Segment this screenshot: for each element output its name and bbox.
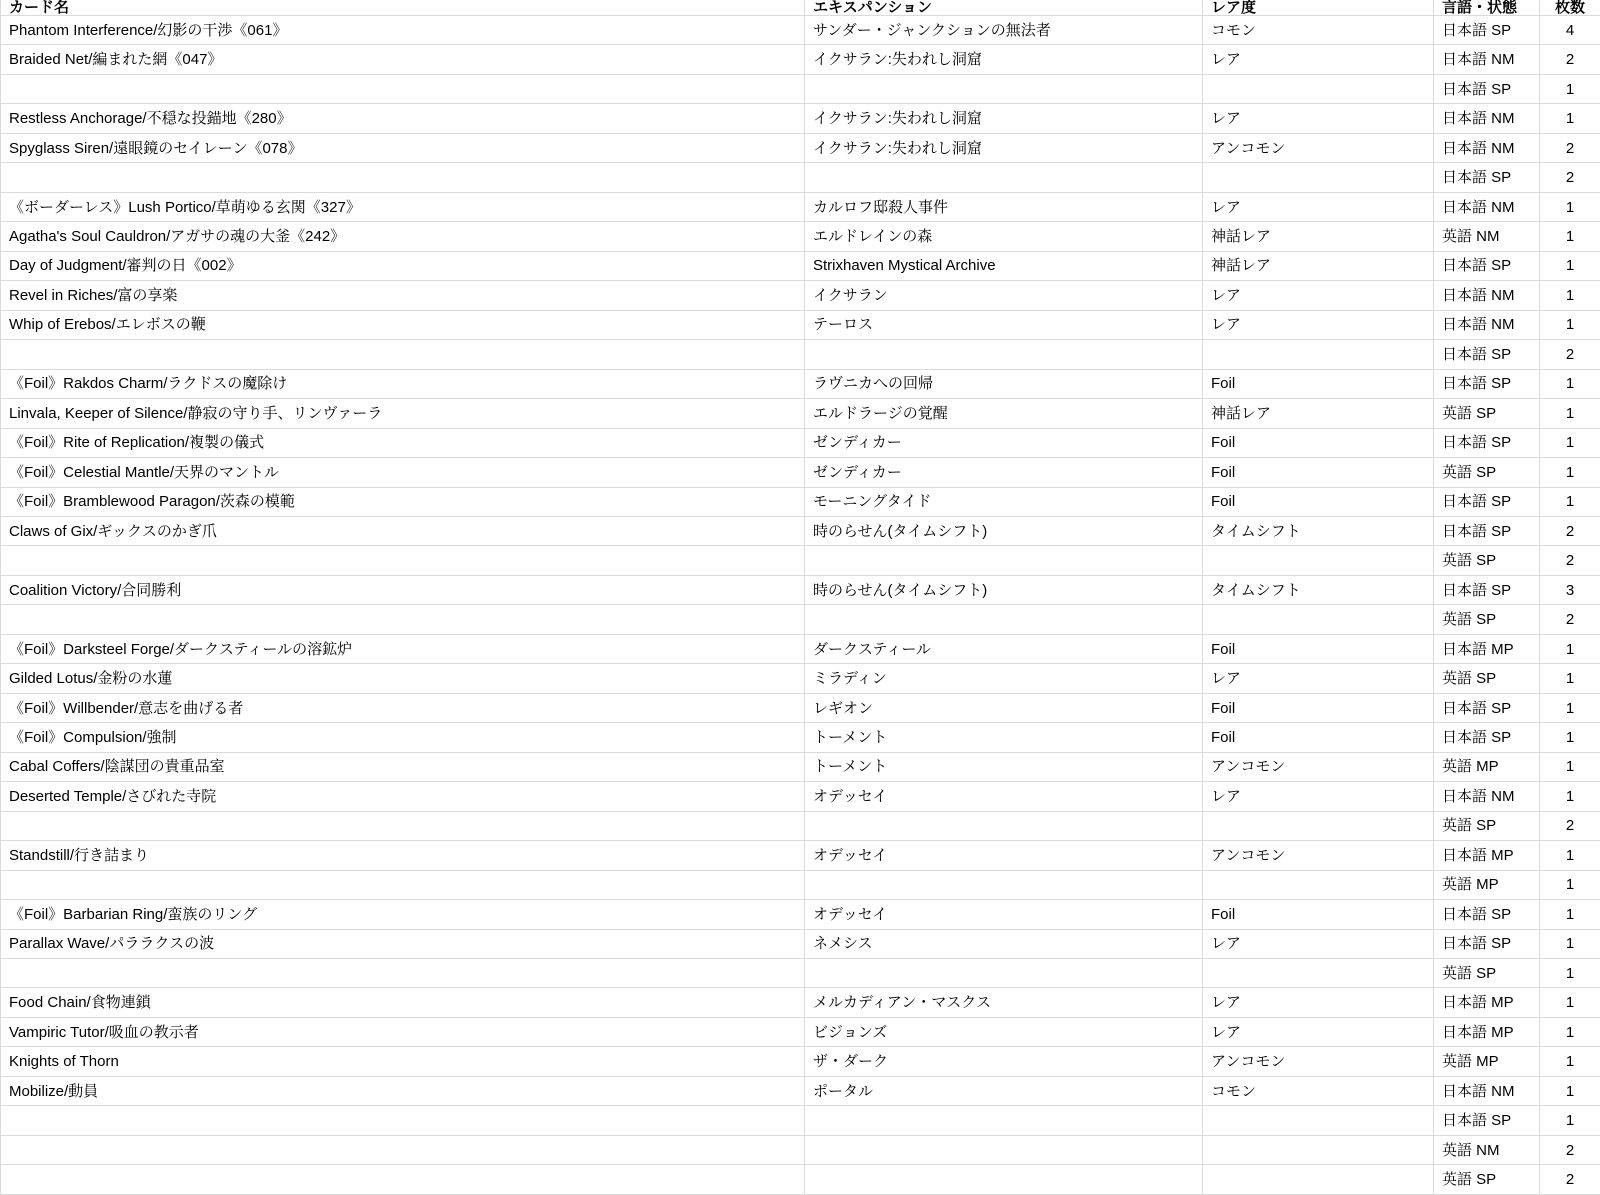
table-row: Day of Judgment/審判の日《002》Strixhaven Myst… bbox=[1, 251, 1600, 280]
cell-rarity: レア bbox=[1203, 281, 1434, 310]
cell-expansion bbox=[805, 546, 1203, 575]
cell-expansion: 時のらせん(タイムシフト) bbox=[805, 575, 1203, 604]
cell-qty: 1 bbox=[1540, 1106, 1600, 1135]
cell-lang: 日本語 NM bbox=[1434, 1076, 1540, 1105]
cell-lang: 英語 NM bbox=[1434, 1135, 1540, 1164]
table-header: カード名 エキスパンション レア度 言語・状態 枚数 bbox=[1, 0, 1600, 16]
cell-rarity: Foil bbox=[1203, 634, 1434, 663]
cell-qty: 1 bbox=[1540, 192, 1600, 221]
cell-lang: 英語 MP bbox=[1434, 870, 1540, 899]
table-row: 《Foil》Barbarian Ring/蛮族のリングオデッセイFoil日本語 … bbox=[1, 900, 1600, 929]
table-row: 《Foil》Willbender/意志を曲げる者レギオンFoil日本語 SP1 bbox=[1, 693, 1600, 722]
cell-qty: 1 bbox=[1540, 782, 1600, 811]
cell-expansion: ゼンディカー bbox=[805, 458, 1203, 487]
cell-lang: 日本語 SP bbox=[1434, 575, 1540, 604]
table-row: 日本語 SP1 bbox=[1, 74, 1600, 103]
table-row: Agatha's Soul Cauldron/アガサの魂の大釜《242》エルドレ… bbox=[1, 222, 1600, 251]
cell-rarity: レア bbox=[1203, 1017, 1434, 1046]
table-row: Standstill/行き詰まりオデッセイアンコモン日本語 MP1 bbox=[1, 841, 1600, 870]
cell-lang: 日本語 SP bbox=[1434, 693, 1540, 722]
cell-name: Spyglass Siren/遠眼鏡のセイレーン《078》 bbox=[1, 133, 805, 162]
cell-qty: 2 bbox=[1540, 546, 1600, 575]
cell-lang: 日本語 SP bbox=[1434, 74, 1540, 103]
column-header-quantity: 枚数 bbox=[1540, 0, 1600, 16]
column-header-rarity: レア度 bbox=[1203, 0, 1434, 16]
column-header-language-condition: 言語・状態 bbox=[1434, 0, 1540, 16]
cell-qty: 2 bbox=[1540, 811, 1600, 840]
cell-rarity bbox=[1203, 1135, 1434, 1164]
cell-name bbox=[1, 74, 805, 103]
cell-rarity: タイムシフト bbox=[1203, 516, 1434, 545]
table-row: Revel in Riches/富の享楽イクサランレア日本語 NM1 bbox=[1, 281, 1600, 310]
cell-expansion: イクサラン:失われし洞窟 bbox=[805, 104, 1203, 133]
cell-qty: 1 bbox=[1540, 222, 1600, 251]
cell-expansion bbox=[805, 163, 1203, 192]
cell-lang: 英語 SP bbox=[1434, 399, 1540, 428]
cell-rarity: Foil bbox=[1203, 723, 1434, 752]
cell-qty: 2 bbox=[1540, 340, 1600, 369]
cell-name bbox=[1, 1165, 805, 1195]
cell-expansion: エルドラージの覚醒 bbox=[805, 399, 1203, 428]
cell-name: Parallax Wave/パララクスの波 bbox=[1, 929, 805, 958]
cell-qty: 2 bbox=[1540, 605, 1600, 634]
cell-name: Day of Judgment/審判の日《002》 bbox=[1, 251, 805, 280]
cell-rarity: レア bbox=[1203, 310, 1434, 339]
cell-rarity bbox=[1203, 74, 1434, 103]
cell-qty: 1 bbox=[1540, 988, 1600, 1017]
cell-name: Coalition Victory/合同勝利 bbox=[1, 575, 805, 604]
cell-expansion: オデッセイ bbox=[805, 841, 1203, 870]
cell-expansion: オデッセイ bbox=[805, 900, 1203, 929]
cell-lang: 日本語 SP bbox=[1434, 487, 1540, 516]
cell-lang: 英語 SP bbox=[1434, 664, 1540, 693]
cell-lang: 日本語 NM bbox=[1434, 133, 1540, 162]
table-body: Phantom Interference/幻影の干渉《061》サンダー・ジャンク… bbox=[1, 16, 1600, 1195]
cell-rarity: アンコモン bbox=[1203, 1047, 1434, 1076]
table-row: 英語 MP1 bbox=[1, 870, 1600, 899]
cell-expansion bbox=[805, 959, 1203, 988]
cell-lang: 日本語 SP bbox=[1434, 340, 1540, 369]
cell-rarity bbox=[1203, 546, 1434, 575]
cell-rarity: アンコモン bbox=[1203, 133, 1434, 162]
table-row: 《Foil》Celestial Mantle/天界のマントルゼンディカーFoil… bbox=[1, 458, 1600, 487]
header-row: カード名 エキスパンション レア度 言語・状態 枚数 bbox=[1, 0, 1600, 16]
card-inventory-table: カード名 エキスパンション レア度 言語・状態 枚数 Phantom Inter… bbox=[0, 0, 1600, 1195]
cell-lang: 英語 MP bbox=[1434, 1047, 1540, 1076]
cell-expansion: サンダー・ジャンクションの無法者 bbox=[805, 16, 1203, 45]
table-row: Cabal Coffers/陰謀団の貴重品室トーメントアンコモン英語 MP1 bbox=[1, 752, 1600, 781]
cell-name bbox=[1, 870, 805, 899]
cell-qty: 4 bbox=[1540, 16, 1600, 45]
cell-lang: 日本語 SP bbox=[1434, 516, 1540, 545]
cell-expansion: ザ・ダーク bbox=[805, 1047, 1203, 1076]
cell-lang: 日本語 SP bbox=[1434, 1106, 1540, 1135]
cell-qty: 1 bbox=[1540, 664, 1600, 693]
cell-name bbox=[1, 811, 805, 840]
cell-rarity: レア bbox=[1203, 988, 1434, 1017]
cell-name: Deserted Temple/さびれた寺院 bbox=[1, 782, 805, 811]
cell-expansion bbox=[805, 74, 1203, 103]
cell-rarity bbox=[1203, 605, 1434, 634]
cell-expansion bbox=[805, 1135, 1203, 1164]
cell-name: Claws of Gix/ギックスのかぎ爪 bbox=[1, 516, 805, 545]
cell-qty: 1 bbox=[1540, 104, 1600, 133]
cell-name bbox=[1, 1135, 805, 1164]
cell-lang: 日本語 SP bbox=[1434, 369, 1540, 398]
cell-expansion bbox=[805, 605, 1203, 634]
cell-qty: 1 bbox=[1540, 251, 1600, 280]
cell-qty: 3 bbox=[1540, 575, 1600, 604]
cell-qty: 2 bbox=[1540, 163, 1600, 192]
cell-expansion: イクサラン bbox=[805, 281, 1203, 310]
cell-expansion: カルロフ邸殺人事件 bbox=[805, 192, 1203, 221]
table-row: 日本語 SP1 bbox=[1, 1106, 1600, 1135]
table-row: 日本語 SP2 bbox=[1, 340, 1600, 369]
cell-lang: 日本語 MP bbox=[1434, 1017, 1540, 1046]
cell-lang: 英語 SP bbox=[1434, 1165, 1540, 1195]
cell-lang: 日本語 NM bbox=[1434, 192, 1540, 221]
cell-expansion: 時のらせん(タイムシフト) bbox=[805, 516, 1203, 545]
cell-lang: 日本語 SP bbox=[1434, 723, 1540, 752]
cell-qty: 1 bbox=[1540, 369, 1600, 398]
cell-qty: 1 bbox=[1540, 693, 1600, 722]
cell-expansion bbox=[805, 340, 1203, 369]
cell-qty: 1 bbox=[1540, 399, 1600, 428]
cell-qty: 1 bbox=[1540, 900, 1600, 929]
column-header-card-name: カード名 bbox=[1, 0, 805, 16]
cell-name: Braided Net/編まれた網《047》 bbox=[1, 45, 805, 74]
cell-qty: 1 bbox=[1540, 458, 1600, 487]
cell-expansion: ポータル bbox=[805, 1076, 1203, 1105]
cell-name: Phantom Interference/幻影の干渉《061》 bbox=[1, 16, 805, 45]
cell-expansion bbox=[805, 870, 1203, 899]
table-row: 英語 SP2 bbox=[1, 1165, 1600, 1195]
cell-name: 《Foil》Compulsion/強制 bbox=[1, 723, 805, 752]
cell-rarity: レア bbox=[1203, 782, 1434, 811]
table-row: 英語 SP2 bbox=[1, 811, 1600, 840]
cell-lang: 日本語 SP bbox=[1434, 251, 1540, 280]
cell-name bbox=[1, 163, 805, 192]
cell-expansion: オデッセイ bbox=[805, 782, 1203, 811]
cell-expansion bbox=[805, 1106, 1203, 1135]
cell-qty: 1 bbox=[1540, 870, 1600, 899]
cell-rarity: レア bbox=[1203, 192, 1434, 221]
cell-name bbox=[1, 959, 805, 988]
cell-expansion: レギオン bbox=[805, 693, 1203, 722]
table-row: Restless Anchorage/不穏な投錨地《280》イクサラン:失われし… bbox=[1, 104, 1600, 133]
cell-name bbox=[1, 340, 805, 369]
cell-expansion: ゼンディカー bbox=[805, 428, 1203, 457]
cell-lang: 日本語 NM bbox=[1434, 782, 1540, 811]
table-row: Whip of Erebos/エレボスの鞭テーロスレア日本語 NM1 bbox=[1, 310, 1600, 339]
cell-name: Food Chain/食物連鎖 bbox=[1, 988, 805, 1017]
table-row: 《Foil》Compulsion/強制トーメントFoil日本語 SP1 bbox=[1, 723, 1600, 752]
table-row: Spyglass Siren/遠眼鏡のセイレーン《078》イクサラン:失われし洞… bbox=[1, 133, 1600, 162]
cell-lang: 英語 SP bbox=[1434, 458, 1540, 487]
cell-expansion: ネメシス bbox=[805, 929, 1203, 958]
cell-name: 《Foil》Barbarian Ring/蛮族のリング bbox=[1, 900, 805, 929]
cell-qty: 1 bbox=[1540, 929, 1600, 958]
cell-lang: 英語 SP bbox=[1434, 605, 1540, 634]
cell-name: Linvala, Keeper of Silence/静寂の守り手、リンヴァーラ bbox=[1, 399, 805, 428]
cell-rarity bbox=[1203, 340, 1434, 369]
cell-expansion: ビジョンズ bbox=[805, 1017, 1203, 1046]
cell-qty: 1 bbox=[1540, 752, 1600, 781]
cell-rarity: 神話レア bbox=[1203, 399, 1434, 428]
cell-name: 《Foil》Willbender/意志を曲げる者 bbox=[1, 693, 805, 722]
table-row: Deserted Temple/さびれた寺院オデッセイレア日本語 NM1 bbox=[1, 782, 1600, 811]
table-row: 日本語 SP2 bbox=[1, 163, 1600, 192]
cell-expansion: メルカディアン・マスクス bbox=[805, 988, 1203, 1017]
cell-rarity: 神話レア bbox=[1203, 222, 1434, 251]
cell-lang: 英語 SP bbox=[1434, 959, 1540, 988]
cell-qty: 2 bbox=[1540, 516, 1600, 545]
cell-expansion: トーメント bbox=[805, 723, 1203, 752]
cell-name bbox=[1, 605, 805, 634]
cell-qty: 1 bbox=[1540, 723, 1600, 752]
cell-name: 《Foil》Bramblewood Paragon/茨森の模範 bbox=[1, 487, 805, 516]
column-header-expansion: エキスパンション bbox=[805, 0, 1203, 16]
table-row: Vampiric Tutor/吸血の教示者ビジョンズレア日本語 MP1 bbox=[1, 1017, 1600, 1046]
cell-rarity: レア bbox=[1203, 104, 1434, 133]
table-row: 《Foil》Rite of Replication/複製の儀式ゼンディカーFoi… bbox=[1, 428, 1600, 457]
table-row: Coalition Victory/合同勝利時のらせん(タイムシフト)タイムシフ… bbox=[1, 575, 1600, 604]
cell-rarity: レア bbox=[1203, 45, 1434, 74]
cell-rarity bbox=[1203, 1106, 1434, 1135]
cell-lang: 日本語 NM bbox=[1434, 281, 1540, 310]
cell-lang: 日本語 NM bbox=[1434, 104, 1540, 133]
cell-name: Gilded Lotus/金粉の水蓮 bbox=[1, 664, 805, 693]
cell-rarity bbox=[1203, 811, 1434, 840]
cell-qty: 1 bbox=[1540, 1017, 1600, 1046]
cell-rarity bbox=[1203, 1165, 1434, 1195]
table-row: Phantom Interference/幻影の干渉《061》サンダー・ジャンク… bbox=[1, 16, 1600, 45]
cell-lang: 英語 SP bbox=[1434, 811, 1540, 840]
cell-rarity bbox=[1203, 959, 1434, 988]
cell-expansion: トーメント bbox=[805, 752, 1203, 781]
cell-name: 《Foil》Darksteel Forge/ダークスティールの溶鉱炉 bbox=[1, 634, 805, 663]
cell-expansion: エルドレインの森 bbox=[805, 222, 1203, 251]
table-row: Food Chain/食物連鎖メルカディアン・マスクスレア日本語 MP1 bbox=[1, 988, 1600, 1017]
cell-rarity: Foil bbox=[1203, 369, 1434, 398]
cell-name: Mobilize/動員 bbox=[1, 1076, 805, 1105]
cell-name: Standstill/行き詰まり bbox=[1, 841, 805, 870]
table-row: Linvala, Keeper of Silence/静寂の守り手、リンヴァーラ… bbox=[1, 399, 1600, 428]
cell-lang: 日本語 SP bbox=[1434, 16, 1540, 45]
cell-name: 《Foil》Rite of Replication/複製の儀式 bbox=[1, 428, 805, 457]
cell-name: Vampiric Tutor/吸血の教示者 bbox=[1, 1017, 805, 1046]
cell-name: Restless Anchorage/不穏な投錨地《280》 bbox=[1, 104, 805, 133]
cell-rarity: Foil bbox=[1203, 900, 1434, 929]
cell-name: 《Foil》Rakdos Charm/ラクドスの魔除け bbox=[1, 369, 805, 398]
cell-qty: 1 bbox=[1540, 841, 1600, 870]
cell-name: 《Foil》Celestial Mantle/天界のマントル bbox=[1, 458, 805, 487]
cell-expansion bbox=[805, 1165, 1203, 1195]
table-row: 英語 SP2 bbox=[1, 605, 1600, 634]
cell-qty: 2 bbox=[1540, 45, 1600, 74]
cell-lang: 日本語 SP bbox=[1434, 900, 1540, 929]
cell-name: Knights of Thorn bbox=[1, 1047, 805, 1076]
cell-expansion: ダークスティール bbox=[805, 634, 1203, 663]
cell-rarity: レア bbox=[1203, 929, 1434, 958]
table-row: Gilded Lotus/金粉の水蓮ミラディンレア英語 SP1 bbox=[1, 664, 1600, 693]
cell-expansion: テーロス bbox=[805, 310, 1203, 339]
table-row: 《ボーダーレス》Lush Portico/草萌ゆる玄関《327》カルロフ邸殺人事… bbox=[1, 192, 1600, 221]
table-row: 英語 SP2 bbox=[1, 546, 1600, 575]
cell-lang: 日本語 MP bbox=[1434, 988, 1540, 1017]
cell-qty: 1 bbox=[1540, 281, 1600, 310]
cell-expansion: ラヴニカへの回帰 bbox=[805, 369, 1203, 398]
cell-lang: 日本語 NM bbox=[1434, 310, 1540, 339]
cell-rarity: Foil bbox=[1203, 458, 1434, 487]
cell-qty: 1 bbox=[1540, 74, 1600, 103]
cell-rarity: レア bbox=[1203, 664, 1434, 693]
cell-rarity bbox=[1203, 163, 1434, 192]
cell-qty: 2 bbox=[1540, 1165, 1600, 1195]
table-row: Knights of Thornザ・ダークアンコモン英語 MP1 bbox=[1, 1047, 1600, 1076]
cell-rarity bbox=[1203, 870, 1434, 899]
cell-expansion: ミラディン bbox=[805, 664, 1203, 693]
cell-name bbox=[1, 1106, 805, 1135]
cell-qty: 1 bbox=[1540, 959, 1600, 988]
cell-expansion: イクサラン:失われし洞窟 bbox=[805, 45, 1203, 74]
table-row: Claws of Gix/ギックスのかぎ爪時のらせん(タイムシフト)タイムシフト… bbox=[1, 516, 1600, 545]
cell-qty: 1 bbox=[1540, 1047, 1600, 1076]
cell-expansion: Strixhaven Mystical Archive bbox=[805, 251, 1203, 280]
cell-lang: 英語 SP bbox=[1434, 546, 1540, 575]
cell-lang: 日本語 SP bbox=[1434, 428, 1540, 457]
cell-name: Whip of Erebos/エレボスの鞭 bbox=[1, 310, 805, 339]
cell-name bbox=[1, 546, 805, 575]
cell-expansion: イクサラン:失われし洞窟 bbox=[805, 133, 1203, 162]
table-row: 《Foil》Rakdos Charm/ラクドスの魔除けラヴニカへの回帰Foil日… bbox=[1, 369, 1600, 398]
cell-name: Agatha's Soul Cauldron/アガサの魂の大釜《242》 bbox=[1, 222, 805, 251]
cell-rarity: コモン bbox=[1203, 1076, 1434, 1105]
cell-qty: 1 bbox=[1540, 634, 1600, 663]
cell-name: Revel in Riches/富の享楽 bbox=[1, 281, 805, 310]
cell-qty: 2 bbox=[1540, 133, 1600, 162]
cell-lang: 日本語 NM bbox=[1434, 45, 1540, 74]
cell-qty: 2 bbox=[1540, 1135, 1600, 1164]
cell-expansion: モーニングタイド bbox=[805, 487, 1203, 516]
table-row: Braided Net/編まれた網《047》イクサラン:失われし洞窟レア日本語 … bbox=[1, 45, 1600, 74]
table-row: 英語 NM2 bbox=[1, 1135, 1600, 1164]
cell-lang: 英語 NM bbox=[1434, 222, 1540, 251]
table-row: 英語 SP1 bbox=[1, 959, 1600, 988]
cell-rarity: アンコモン bbox=[1203, 841, 1434, 870]
cell-rarity: 神話レア bbox=[1203, 251, 1434, 280]
cell-name: 《ボーダーレス》Lush Portico/草萌ゆる玄関《327》 bbox=[1, 192, 805, 221]
cell-rarity: コモン bbox=[1203, 16, 1434, 45]
table-row: Mobilize/動員ポータルコモン日本語 NM1 bbox=[1, 1076, 1600, 1105]
cell-lang: 日本語 MP bbox=[1434, 634, 1540, 663]
cell-rarity: Foil bbox=[1203, 487, 1434, 516]
cell-name: Cabal Coffers/陰謀団の貴重品室 bbox=[1, 752, 805, 781]
cell-qty: 1 bbox=[1540, 428, 1600, 457]
cell-lang: 日本語 MP bbox=[1434, 841, 1540, 870]
cell-qty: 1 bbox=[1540, 487, 1600, 516]
cell-qty: 1 bbox=[1540, 310, 1600, 339]
table-row: 《Foil》Darksteel Forge/ダークスティールの溶鉱炉ダークスティ… bbox=[1, 634, 1600, 663]
cell-expansion bbox=[805, 811, 1203, 840]
cell-rarity: Foil bbox=[1203, 693, 1434, 722]
cell-lang: 英語 MP bbox=[1434, 752, 1540, 781]
table-row: 《Foil》Bramblewood Paragon/茨森の模範モーニングタイドF… bbox=[1, 487, 1600, 516]
cell-rarity: Foil bbox=[1203, 428, 1434, 457]
cell-rarity: アンコモン bbox=[1203, 752, 1434, 781]
table-row: Parallax Wave/パララクスの波ネメシスレア日本語 SP1 bbox=[1, 929, 1600, 958]
cell-lang: 日本語 SP bbox=[1434, 163, 1540, 192]
cell-lang: 日本語 SP bbox=[1434, 929, 1540, 958]
cell-rarity: タイムシフト bbox=[1203, 575, 1434, 604]
cell-qty: 1 bbox=[1540, 1076, 1600, 1105]
